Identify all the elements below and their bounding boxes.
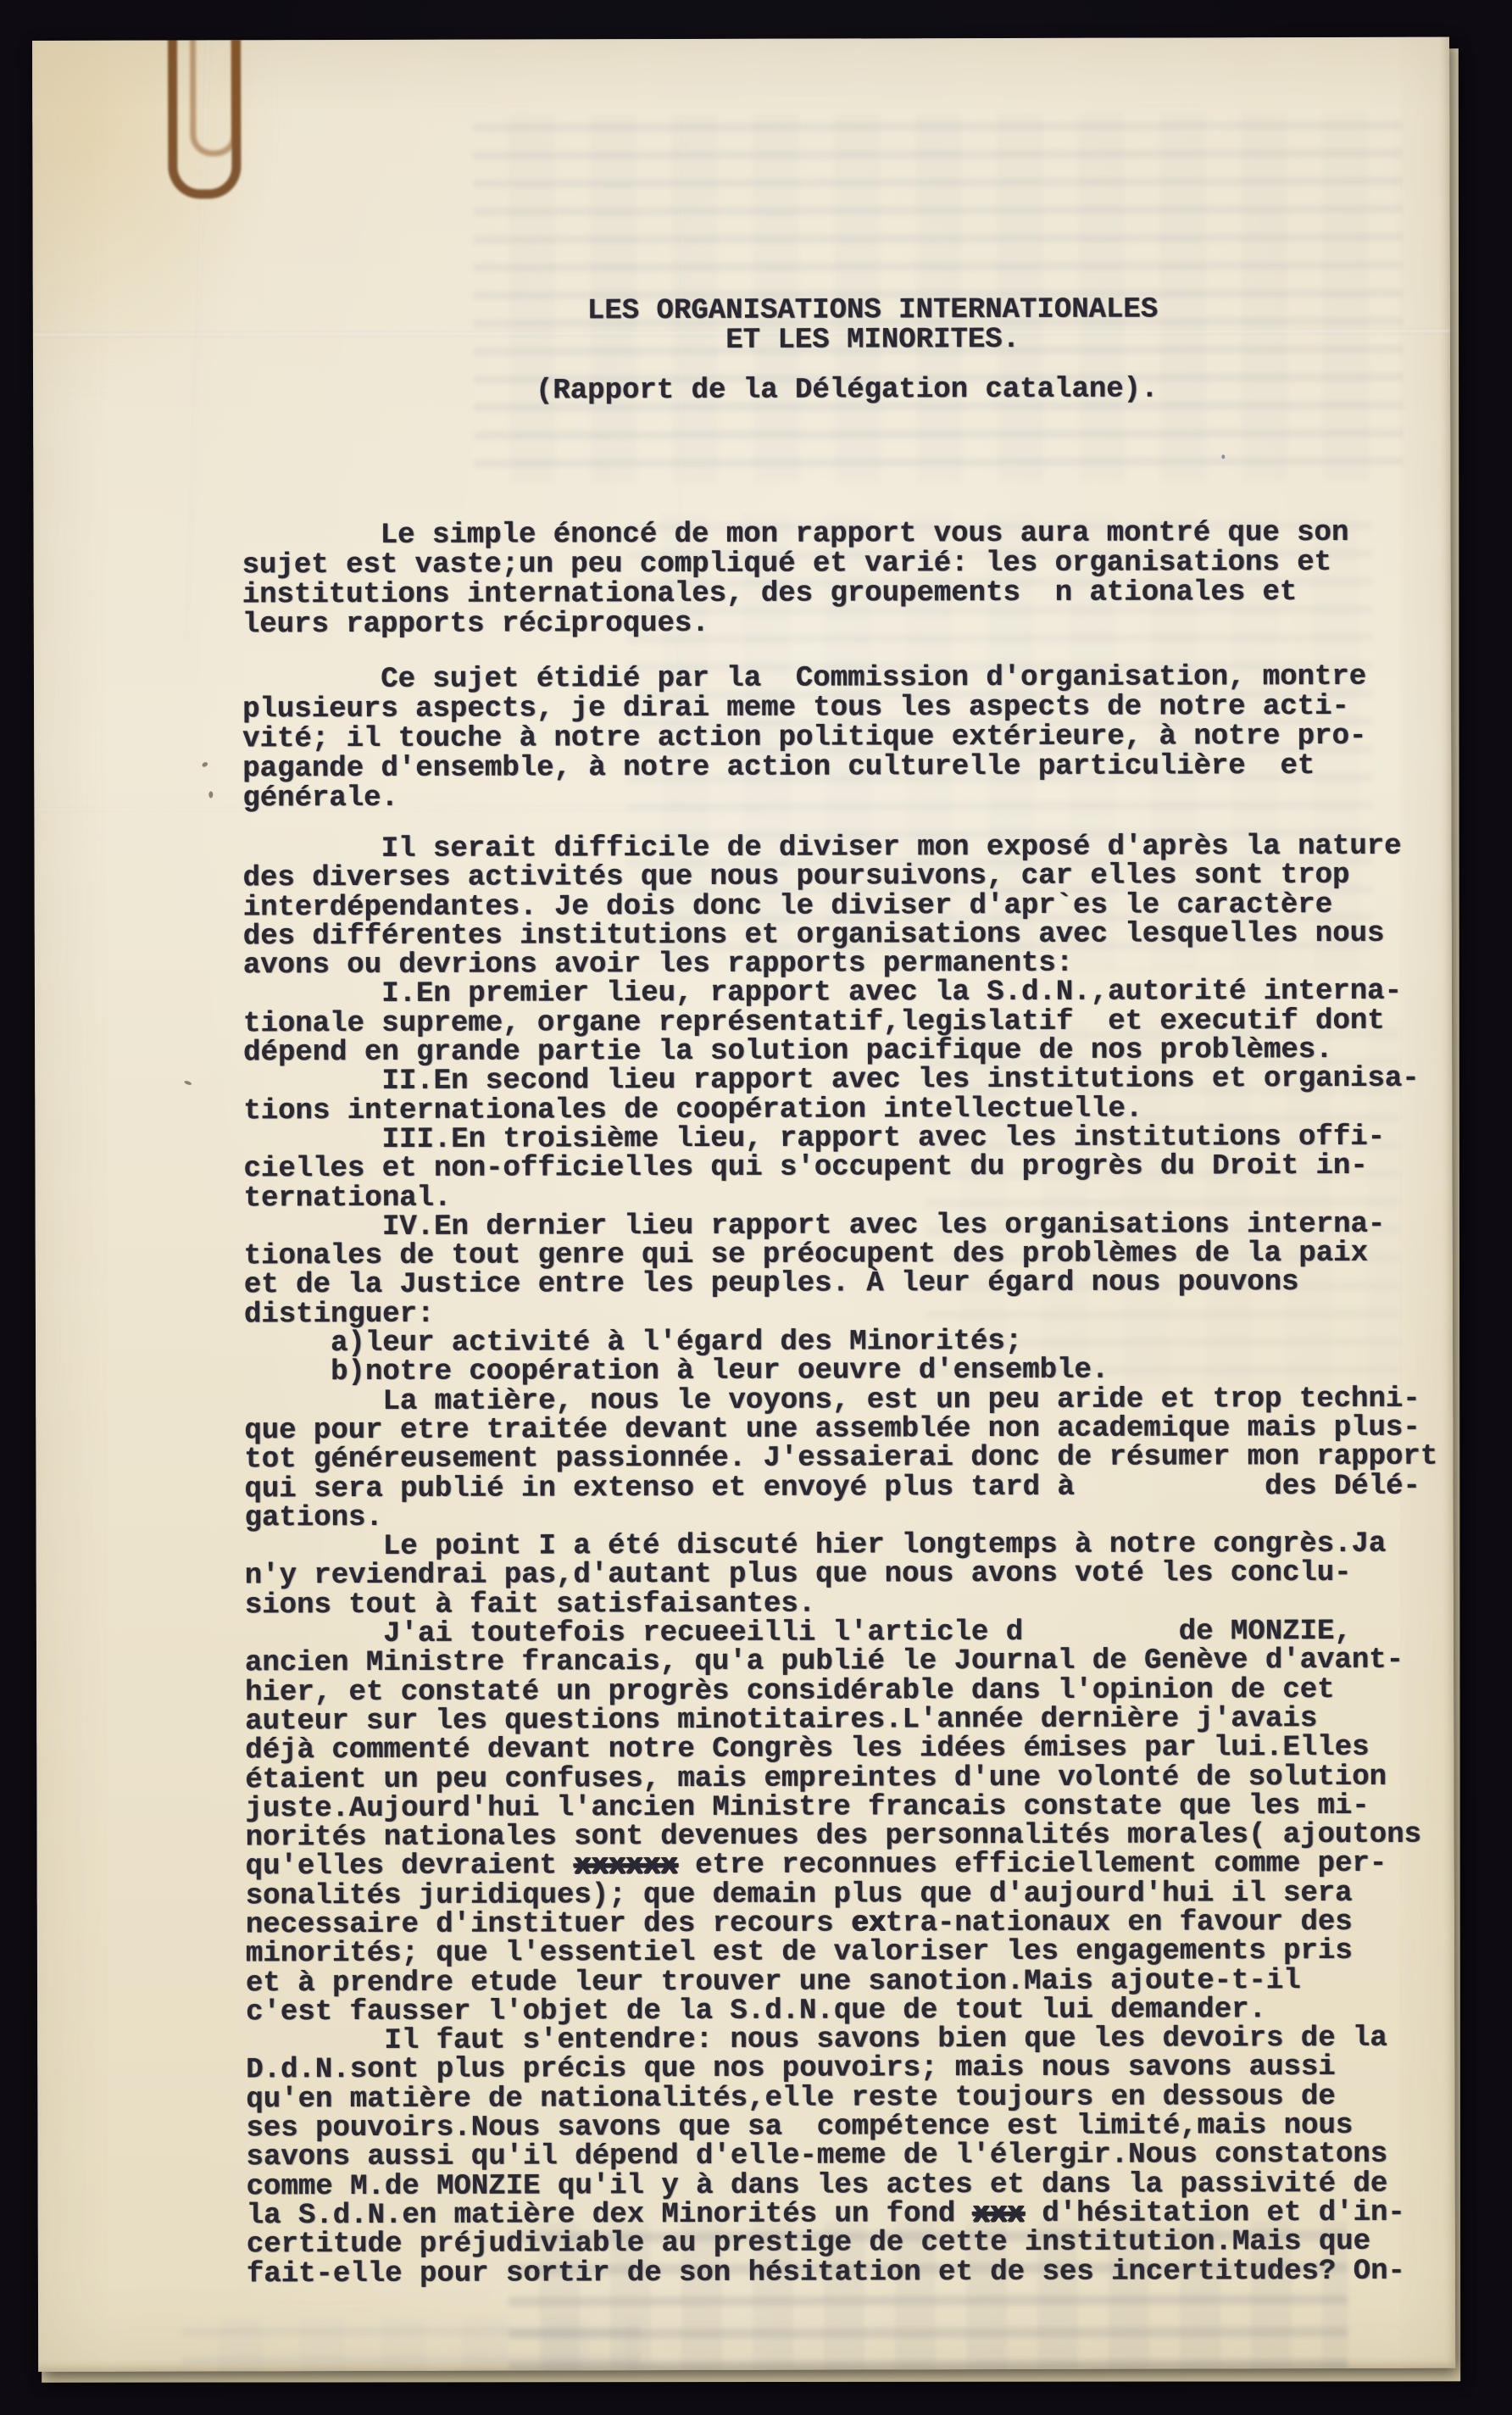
scan-background: { "document": { "kind": "typewritten-sca… bbox=[0, 0, 1512, 2415]
typed-line: qui sera publié in extenso et envoyé plu… bbox=[244, 1472, 1437, 1504]
text-block-paragraph-1: Le simple énoncé de mon rapport vous aur… bbox=[242, 519, 1348, 640]
text-block-title: LES ORGANISATIONS INTERNATIONALES ET LES… bbox=[242, 296, 1159, 358]
typed-line: n'y reviendrai pas,d'autant plus que nou… bbox=[245, 1559, 1438, 1591]
typed-line: ET LES MINORITES. bbox=[242, 326, 1158, 358]
overtyped-text: ex bbox=[851, 1907, 886, 1939]
typed-text-layer: LES ORGANISATIONS INTERNATIONALES ET LES… bbox=[32, 37, 1455, 2372]
text-block-body: Il serait difficile de diviser mon expos… bbox=[242, 832, 1439, 2290]
typed-line: institutions internationales, des groupe… bbox=[242, 578, 1349, 610]
typed-line: des différentes institutions et organisa… bbox=[243, 920, 1437, 952]
text-block-paragraph-2: Ce sujet étidié par la Commission d'orga… bbox=[242, 663, 1367, 814]
typed-line: a)leur activité à l'égard des Minorités; bbox=[244, 1327, 1437, 1359]
typed-line: distinguer: bbox=[244, 1297, 1437, 1329]
typed-line: pagande d'ensemble, à notre action cultu… bbox=[242, 752, 1366, 784]
typed-line: LES ORGANISATIONS INTERNATIONALES bbox=[242, 296, 1158, 328]
typed-line: générale. bbox=[242, 782, 1366, 814]
typed-line: (Rapport de la Délégation catalane). bbox=[242, 376, 1158, 408]
typed-line: et de la Justice entre les peuples. À le… bbox=[244, 1268, 1437, 1300]
typed-line: fait-elle pour sortir de son hésitation … bbox=[247, 2256, 1440, 2289]
typed-line: II.En second lieu rapport avec les insti… bbox=[243, 1065, 1437, 1097]
paper-sheet: LES ORGANISATIONS INTERNATIONALES ET LES… bbox=[32, 37, 1455, 2372]
typed-line: cielles et non-officielles qui s'occupen… bbox=[243, 1152, 1437, 1184]
typed-line: leurs rapports réciproques. bbox=[242, 608, 1349, 640]
struck-out-word: xxxxxx bbox=[574, 1850, 678, 1882]
text-block-subtitle: (Rapport de la Délégation catalane). bbox=[242, 376, 1158, 408]
struck-out-word: xxx bbox=[973, 2198, 1025, 2230]
